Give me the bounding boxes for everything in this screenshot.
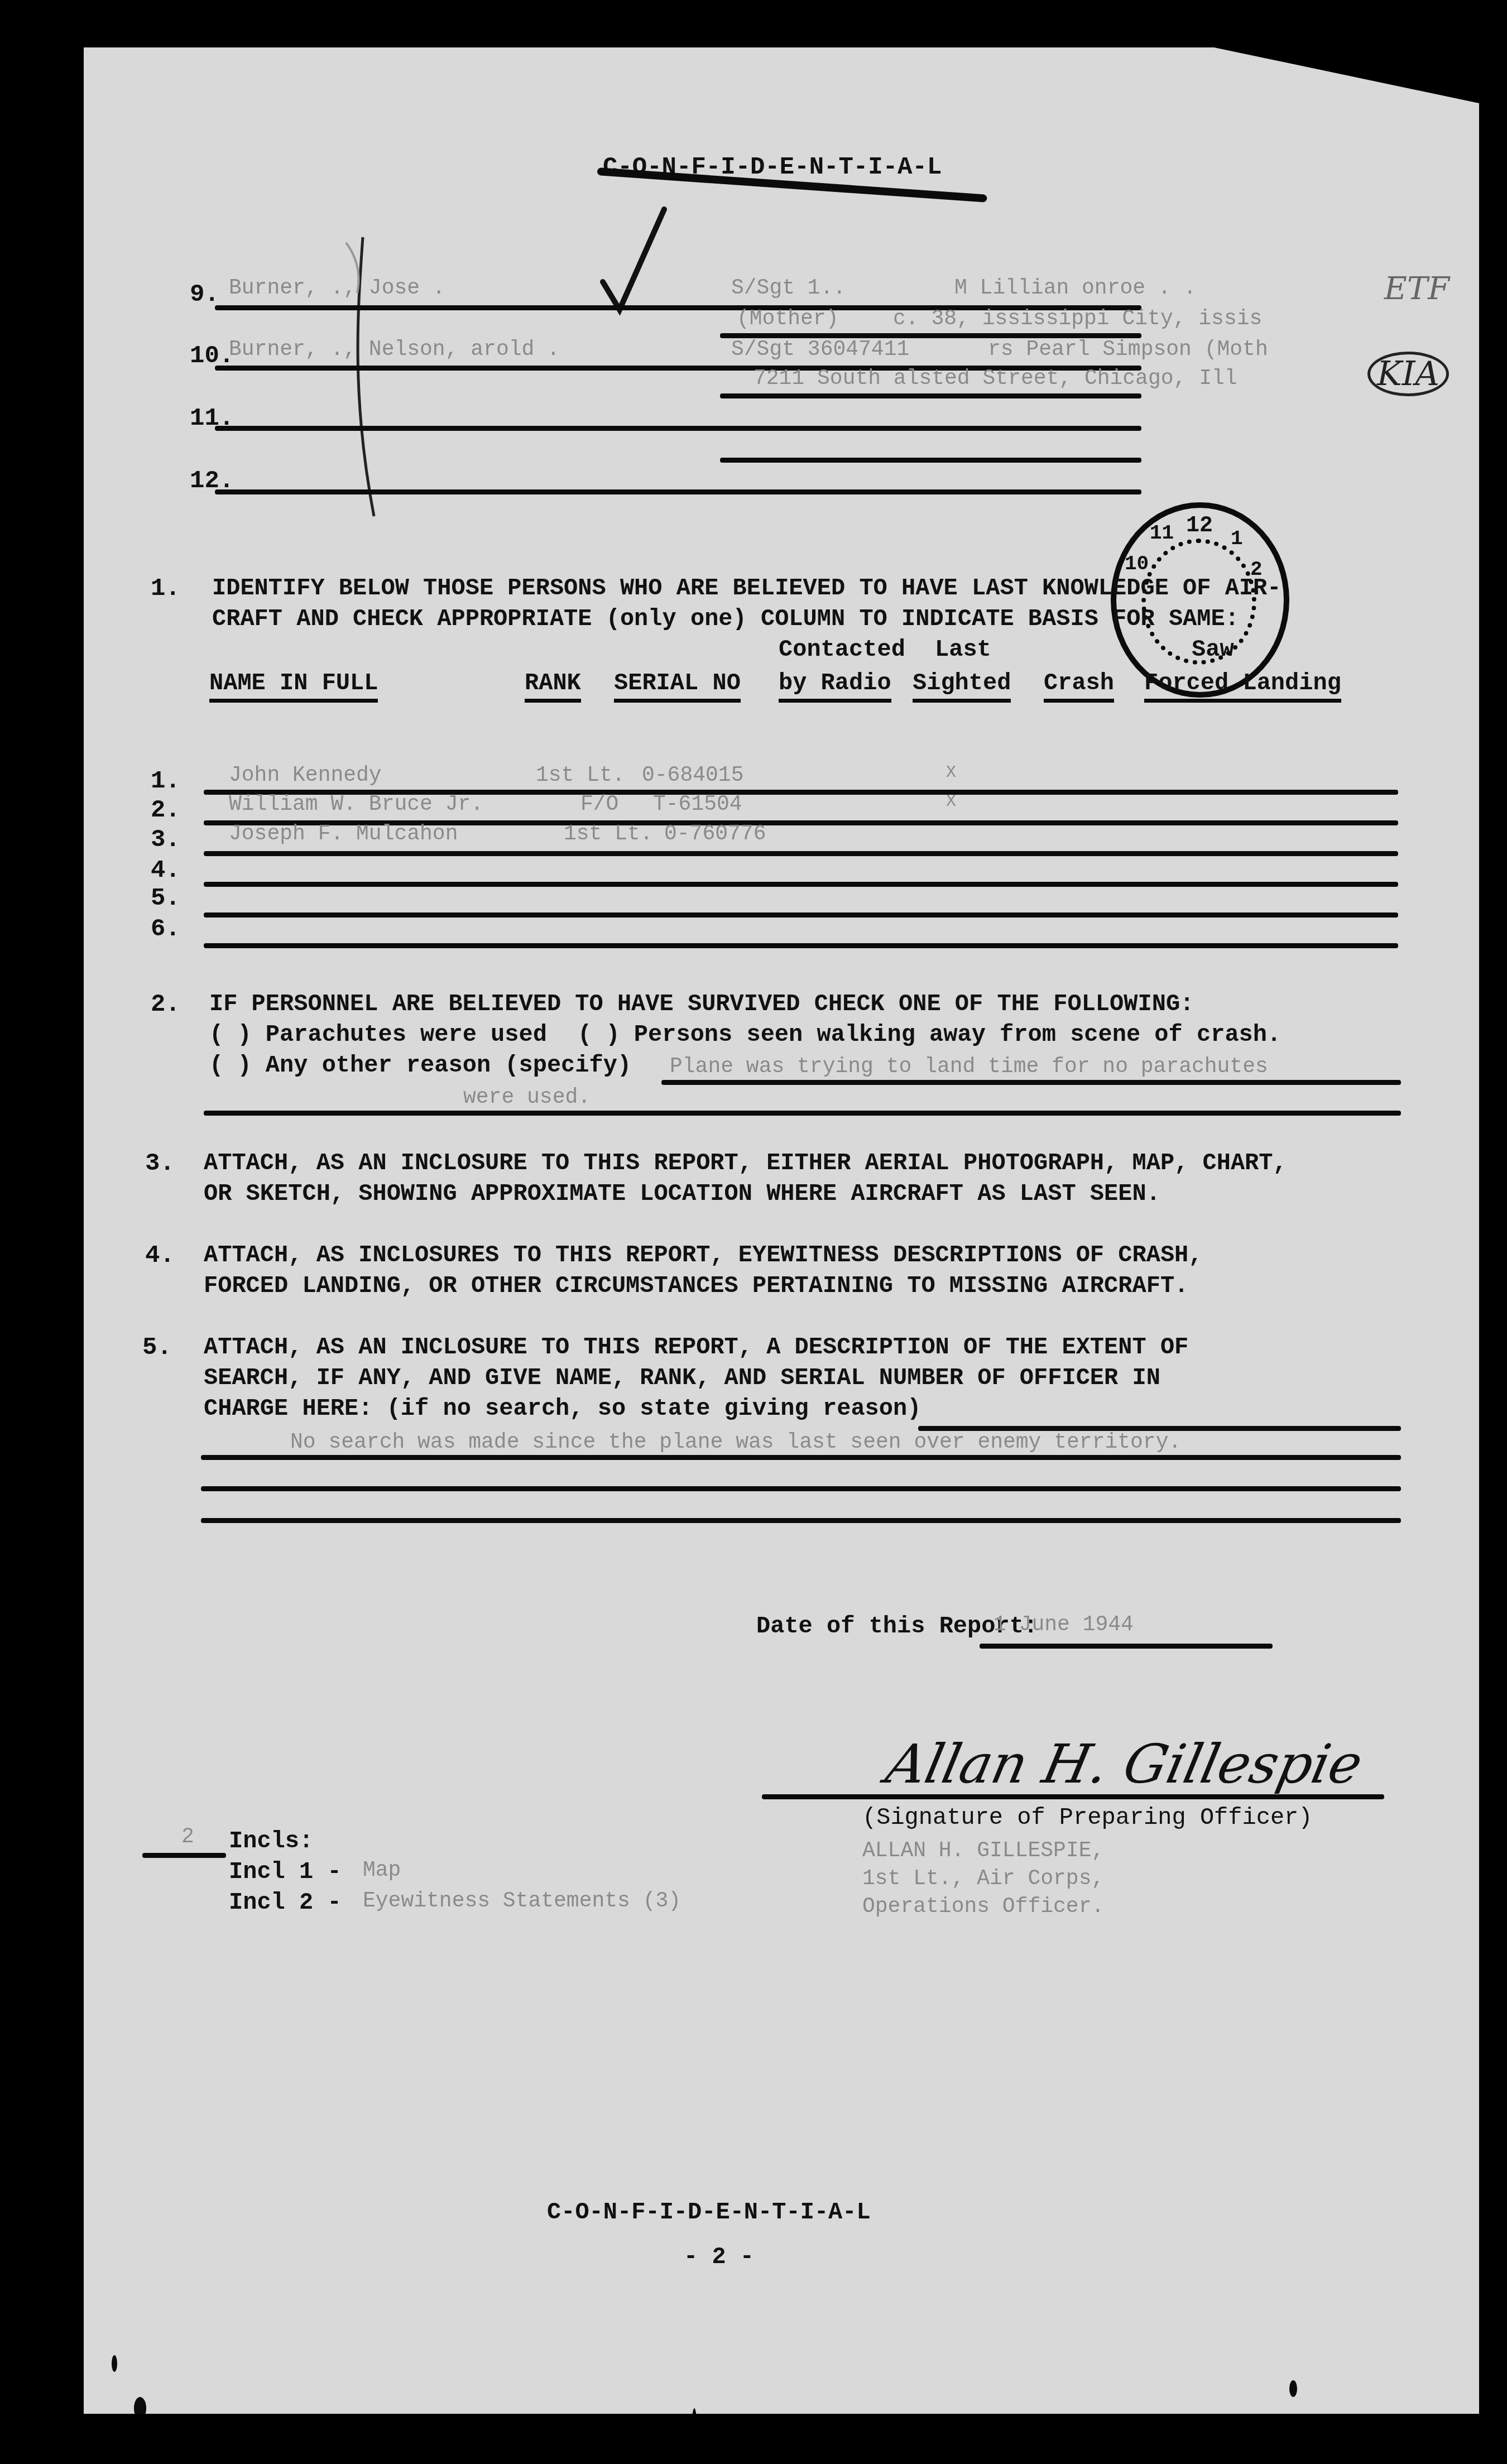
person-serial: 0-760776: [664, 822, 766, 846]
section-4-number: 4.: [145, 1242, 175, 1270]
col-header-forced: Forced Landing: [1144, 670, 1341, 703]
report-date-value: 1 June 1944: [994, 1613, 1134, 1637]
signature-caption: (Signature of Preparing Officer): [862, 1804, 1313, 1831]
section-5-line1: ATTACH, AS AN INCLOSURE TO THIS REPORT, …: [204, 1334, 1188, 1361]
kin-name: Burner, ., Jose .: [229, 276, 445, 300]
row-number: 4.: [151, 857, 180, 885]
person-name: Joseph F. Mulcahon: [229, 822, 458, 846]
sighted-mark: X: [946, 792, 956, 811]
officer-name: ALLAN H. GILLESPIE,: [862, 1839, 1104, 1863]
kin-relation: (Mother): [737, 307, 838, 331]
kin-contact: M Lillian onroe . .: [954, 276, 1196, 300]
col-header-forced-top: Saw: [1192, 636, 1234, 663]
section-4-line2: FORCED LANDING, OR OTHER CIRCUMSTANCES P…: [204, 1272, 1188, 1299]
kin-address: 7211 South alsted Street, Chicago, Ill: [753, 367, 1237, 391]
kin-name: Burner, ., Nelson, arold .: [229, 338, 560, 362]
col-header-sighted-top: Last: [935, 636, 991, 663]
scan-speck: [134, 2397, 146, 2419]
kin-contact: rs Pearl Simpson (Moth: [988, 338, 1268, 362]
inclosure-2-label: Incl 2 -: [229, 1889, 342, 1916]
stamp-number: 11: [1150, 522, 1174, 545]
section-3-line1: ATTACH, AS AN INCLOSURE TO THIS REPORT, …: [204, 1150, 1287, 1176]
sighted-mark: X: [946, 763, 956, 782]
inclosure-2-value: Eyewitness Statements (3): [363, 1889, 681, 1913]
signature-line: [762, 1794, 1384, 1799]
scan-speck: [112, 2355, 117, 2372]
person-rank: 1st Lt.: [536, 763, 625, 787]
row-number: 5.: [151, 885, 180, 912]
section-5-line3: CHARGE HERE: (if no search, so state giv…: [204, 1395, 921, 1422]
section-5-line2: SEARCH, IF ANY, AND GIVE NAME, RANK, AND…: [204, 1365, 1160, 1391]
row-number: 6.: [151, 915, 180, 943]
section-3-number: 3.: [145, 1150, 175, 1178]
margin-note-top: ETF: [1384, 271, 1450, 307]
col-header-rank: RANK: [525, 670, 581, 703]
search-answer: No search was made since the plane was l…: [290, 1430, 1181, 1454]
scan-speck: [692, 2408, 697, 2436]
col-header-crash: Crash: [1044, 670, 1114, 703]
section-2-number: 2.: [151, 991, 180, 1019]
kin-address: c. 38, ississippi City, issis: [893, 307, 1262, 331]
stamp-number: 10: [1125, 553, 1149, 575]
section-2-heading: IF PERSONNEL ARE BELIEVED TO HAVE SURVIV…: [209, 991, 1194, 1017]
kin-rank-serial: S/Sgt 1..: [731, 276, 846, 300]
option-parachutes[interactable]: ( ) Parachutes were used: [209, 1021, 547, 1048]
section-4-line1: ATTACH, AS INCLOSURES TO THIS REPORT, EY…: [204, 1242, 1203, 1269]
stamp-number: 1: [1231, 527, 1243, 550]
page-number: - 2 -: [684, 2244, 754, 2270]
officer-rank: 1st Lt., Air Corps,: [862, 1867, 1104, 1891]
handwritten-signature: Allan H. Gillespie: [881, 1733, 1368, 1795]
inclosure-count: 2: [181, 1825, 194, 1849]
person-rank: 1st Lt.: [564, 822, 653, 846]
col-header-contacted-top: Contacted: [779, 636, 905, 663]
inclosures-label: Incls:: [229, 1828, 313, 1855]
document-page: C-O-N-F-I-D-E-N-T-I-A-L 9. Burner, ., Jo…: [84, 47, 1479, 2414]
col-header-name: NAME IN FULL: [209, 670, 378, 703]
inclosure-1-label: Incl 1 -: [229, 1858, 342, 1885]
section-1-text-line2: CRAFT AND CHECK APPROPRIATE (only one) C…: [212, 606, 1239, 632]
scan-speck: [1289, 2380, 1297, 2397]
report-date-line: [980, 1644, 1273, 1649]
person-serial: 0-684015: [642, 763, 743, 787]
officer-title: Operations Officer.: [862, 1895, 1104, 1919]
section-5-number: 5.: [142, 1334, 172, 1362]
row-number: 3.: [151, 826, 180, 854]
section-1-number: 1.: [151, 575, 180, 603]
person-serial: T-61504: [653, 792, 742, 816]
stamp-number: 12: [1186, 513, 1213, 539]
person-name: William W. Bruce Jr.: [229, 792, 483, 816]
section-1-text-line1: IDENTIFY BELOW THOSE PERSONS WHO ARE BEL…: [212, 575, 1282, 602]
margin-note-circled: KIA: [1367, 352, 1449, 396]
option-other-reason[interactable]: ( ) Any other reason (specify): [209, 1052, 631, 1079]
other-reason-answer-line1: Plane was trying to land time for no par…: [670, 1055, 1268, 1079]
section-3-line2: OR SKETCH, SHOWING APPROXIMATE LOCATION …: [204, 1180, 1160, 1207]
col-header-serial: SERIAL NO: [614, 670, 741, 703]
check-mark-icon: [597, 204, 670, 321]
row-number: 2.: [151, 796, 180, 824]
scan-speck: [1356, 2417, 1363, 2442]
other-reason-answer-line2: were used.: [463, 1085, 591, 1109]
kin-rank-serial: S/Sgt 36047411: [731, 338, 909, 362]
row-number: 9.: [190, 281, 219, 309]
option-walking-away[interactable]: ( ) Persons seen walking away from scene…: [578, 1021, 1281, 1048]
person-rank: F/O: [580, 792, 618, 816]
col-header-sighted: Sighted: [913, 670, 1011, 703]
person-name: John Kennedy: [229, 763, 382, 787]
margin-bracket-mark: [340, 232, 407, 522]
col-header-contacted: by Radio: [779, 670, 891, 703]
inclosure-1-value: Map: [363, 1858, 401, 1882]
footer-classification: C-O-N-F-I-D-E-N-T-I-A-L: [547, 2199, 871, 2226]
row-number: 1.: [151, 767, 180, 795]
